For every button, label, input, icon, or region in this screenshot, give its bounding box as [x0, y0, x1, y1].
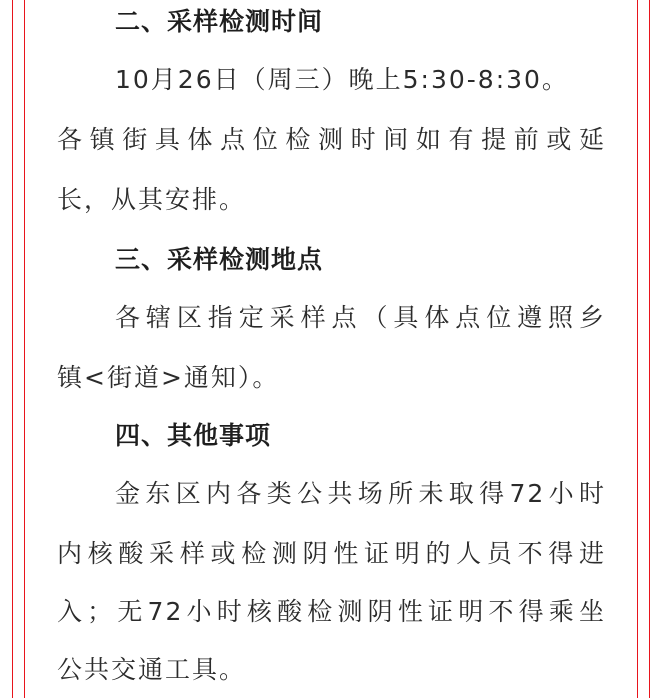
sampling-location-line-1: 各辖区指定采样点（具体点位遵照乡	[115, 298, 606, 338]
other-matters-line-2: 内核酸采样或检测阴性证明的人员不得进	[57, 534, 606, 574]
other-matters-line-4: 公共交通工具。	[57, 650, 246, 690]
sampling-time-date-line: 10月26日（周三）晚上5:30-8:30。	[115, 60, 569, 100]
sampling-location-line-2: 镇<街道>通知）。	[57, 358, 279, 398]
section-heading-sampling-time: 二、采样检测时间	[115, 2, 323, 42]
other-matters-line-1: 金东区内各类公共场所未取得72小时	[115, 474, 606, 514]
section-heading-sampling-location: 三、采样检测地点	[115, 240, 323, 280]
sampling-time-note-line-2: 长，从其安排。	[57, 180, 246, 220]
red-border-right-inner	[637, 0, 638, 698]
other-matters-line-3: 入；无72小时核酸检测阴性证明不得乘坐	[57, 592, 606, 632]
section-heading-other-matters: 四、其他事项	[115, 416, 271, 456]
sampling-time-note-line-1: 各镇街具体点位检测时间如有提前或延	[57, 120, 606, 160]
red-border-left-outer	[12, 0, 13, 698]
red-border-right-outer	[649, 0, 650, 698]
red-border-left-inner	[24, 0, 25, 698]
